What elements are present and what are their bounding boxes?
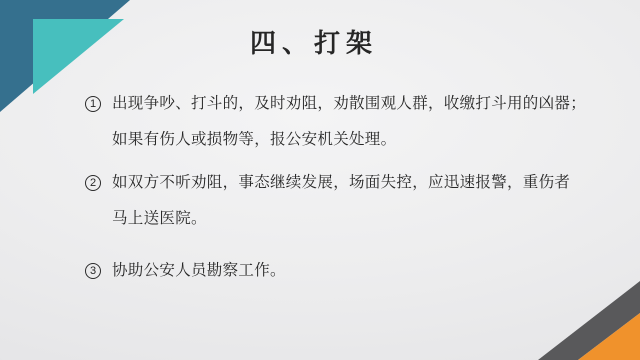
title-block: 四、打架 <box>0 30 640 57</box>
list-item-text: 出现争吵、打斗的，及时劝阻，劝散围观人群，收缴打斗用的凶器； 如果有伤人或损物等… <box>112 86 600 158</box>
bottom-right-orange-triangle <box>578 313 640 360</box>
text-line: 马上送医院。 <box>112 201 600 237</box>
text-line: 如果有伤人或损物等，报公安机关处理。 <box>112 122 600 158</box>
bottom-right-gray-band <box>538 281 640 360</box>
list-item: 3 协助公安人员勘察工作。 <box>85 253 600 289</box>
circled-number: 1 <box>85 96 101 112</box>
text-line: 如双方不听劝阻，事态继续发展，场面失控，应迅速报警，重伤者 <box>112 165 600 201</box>
list-item: 2 如双方不听劝阻，事态继续发展，场面失控，应迅速报警，重伤者 马上送医院。 <box>85 165 600 237</box>
text-line: 出现争吵、打斗的，及时劝阻，劝散围观人群，收缴打斗用的凶器； <box>112 86 600 122</box>
slide-title: 四、打架 <box>250 30 378 56</box>
circled-number: 3 <box>85 263 101 279</box>
slide-body: 1 出现争吵、打斗的，及时劝阻，劝散围观人群，收缴打斗用的凶器； 如果有伤人或损… <box>85 86 600 289</box>
text-line: 协助公安人员勘察工作。 <box>112 253 600 289</box>
list-item-text: 如双方不听劝阻，事态继续发展，场面失控，应迅速报警，重伤者 马上送医院。 <box>112 165 600 237</box>
list-item: 1 出现争吵、打斗的，及时劝阻，劝散围观人群，收缴打斗用的凶器； 如果有伤人或损… <box>85 86 600 158</box>
list-item-text: 协助公安人员勘察工作。 <box>112 253 600 289</box>
circled-number: 2 <box>85 175 101 191</box>
slide: 四、打架 1 出现争吵、打斗的，及时劝阻，劝散围观人群，收缴打斗用的凶器； 如果… <box>0 0 640 360</box>
